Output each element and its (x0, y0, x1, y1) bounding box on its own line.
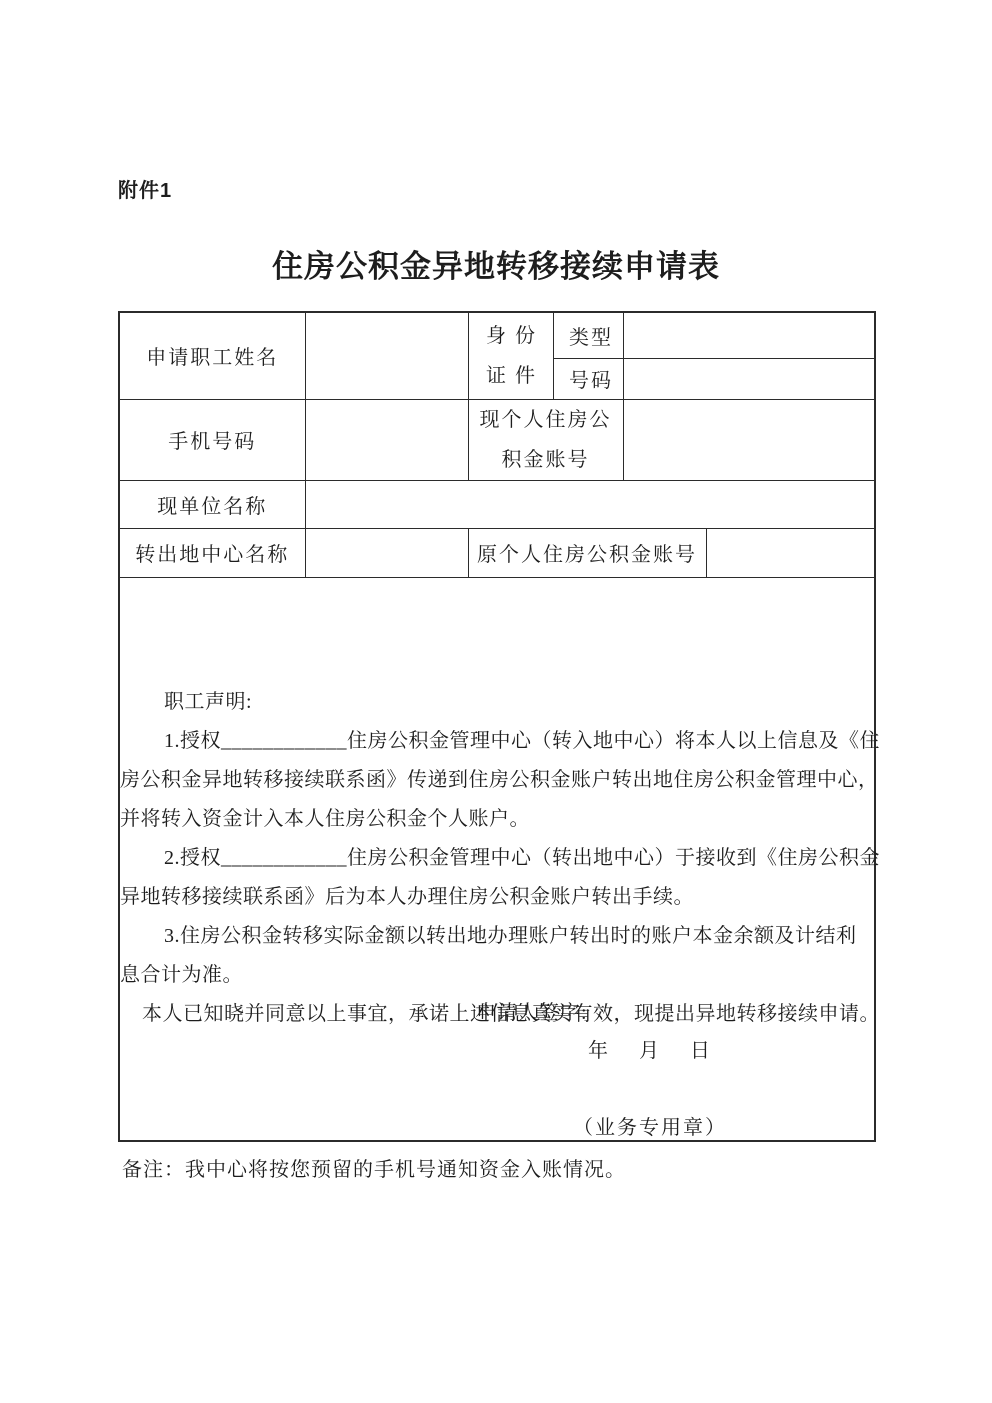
declaration-line: 并将转入资金计入本人住房公积金个人账户。 (120, 800, 874, 839)
applicant-name-value-cell (305, 312, 468, 399)
declaration-line: 2.授权____________住房公积金管理中心（转出地中心）于接收到《住房公… (120, 839, 874, 878)
id-type-label: 类型 (553, 312, 623, 358)
employee-declaration-cell: 职工声明: 1.授权____________住房公积金管理中心（转入地中心）将本… (119, 577, 875, 1141)
id-document-label: 身份 证件 (468, 312, 553, 399)
id-document-label-line2: 证件 (469, 356, 553, 396)
note-text: 备注：我中心将按您预留的手机号通知资金入账情况。 (122, 1153, 626, 1182)
mobile-number-label: 手机号码 (119, 399, 305, 480)
declaration-line: 异地转移接续联系函》后为本人办理住房公积金账户转出手续。 (120, 878, 874, 917)
current-employer-value-cell (305, 480, 875, 528)
id-number-label: 号码 (553, 358, 623, 399)
application-form-table: 申请职工姓名 身份 证件 类型 号码 手机号码 现个人住房公 积金账号 现单位名… (118, 311, 876, 1142)
current-fund-account-value-cell (623, 399, 875, 480)
applicant-name-label: 申请职工姓名 (119, 312, 305, 399)
declaration-line: 1.授权____________住房公积金管理中心（转入地中心）将本人以上信息及… (120, 722, 874, 761)
original-fund-account-label: 原个人住房公积金账号 (468, 528, 706, 577)
id-type-value-cell (623, 312, 875, 358)
applicant-signature-label: 申请人签字: (476, 996, 588, 1025)
attachment-label: 附件1 (118, 174, 172, 203)
current-fund-account-label-line1: 现个人住房公 (469, 400, 623, 440)
current-employer-label: 现单位名称 (119, 480, 305, 528)
declaration-heading: 职工声明: (120, 683, 874, 722)
id-document-label-line1: 身份 (469, 316, 553, 356)
declaration-line: 息合计为准。 (120, 956, 874, 995)
mobile-number-value-cell (305, 399, 468, 480)
transfer-out-center-label: 转出地中心名称 (119, 528, 305, 577)
date-year-label: 年 (588, 1034, 608, 1063)
table-row: 职工声明: 1.授权____________住房公积金管理中心（转入地中心）将本… (119, 577, 875, 1141)
table-row: 转出地中心名称 原个人住房公积金账号 (119, 528, 875, 577)
id-number-value-cell (623, 358, 875, 399)
declaration-line: 房公积金异地转移接续联系函》传递到住房公积金账户转出地住房公积金管理中心， (120, 761, 874, 800)
declaration-line: 3.住房公积金转移实际金额以转出地办理账户转出时的账户本金余额及计结利 (120, 917, 874, 956)
original-fund-account-value-cell (706, 528, 875, 577)
transfer-out-center-value-cell (305, 528, 468, 577)
form-title: 住房公积金异地转移接续申请表 (0, 241, 992, 286)
business-seal-label: （业务专用章） (573, 1111, 727, 1140)
signature-date-line: 年 月 日 (588, 1034, 710, 1063)
date-day-label: 日 (690, 1034, 710, 1063)
table-row: 手机号码 现个人住房公 积金账号 (119, 399, 875, 480)
current-fund-account-label: 现个人住房公 积金账号 (468, 399, 623, 480)
table-row: 现单位名称 (119, 480, 875, 528)
current-fund-account-label-line2: 积金账号 (469, 440, 623, 480)
table-row: 申请职工姓名 身份 证件 类型 (119, 312, 875, 358)
date-month-label: 月 (639, 1034, 659, 1063)
